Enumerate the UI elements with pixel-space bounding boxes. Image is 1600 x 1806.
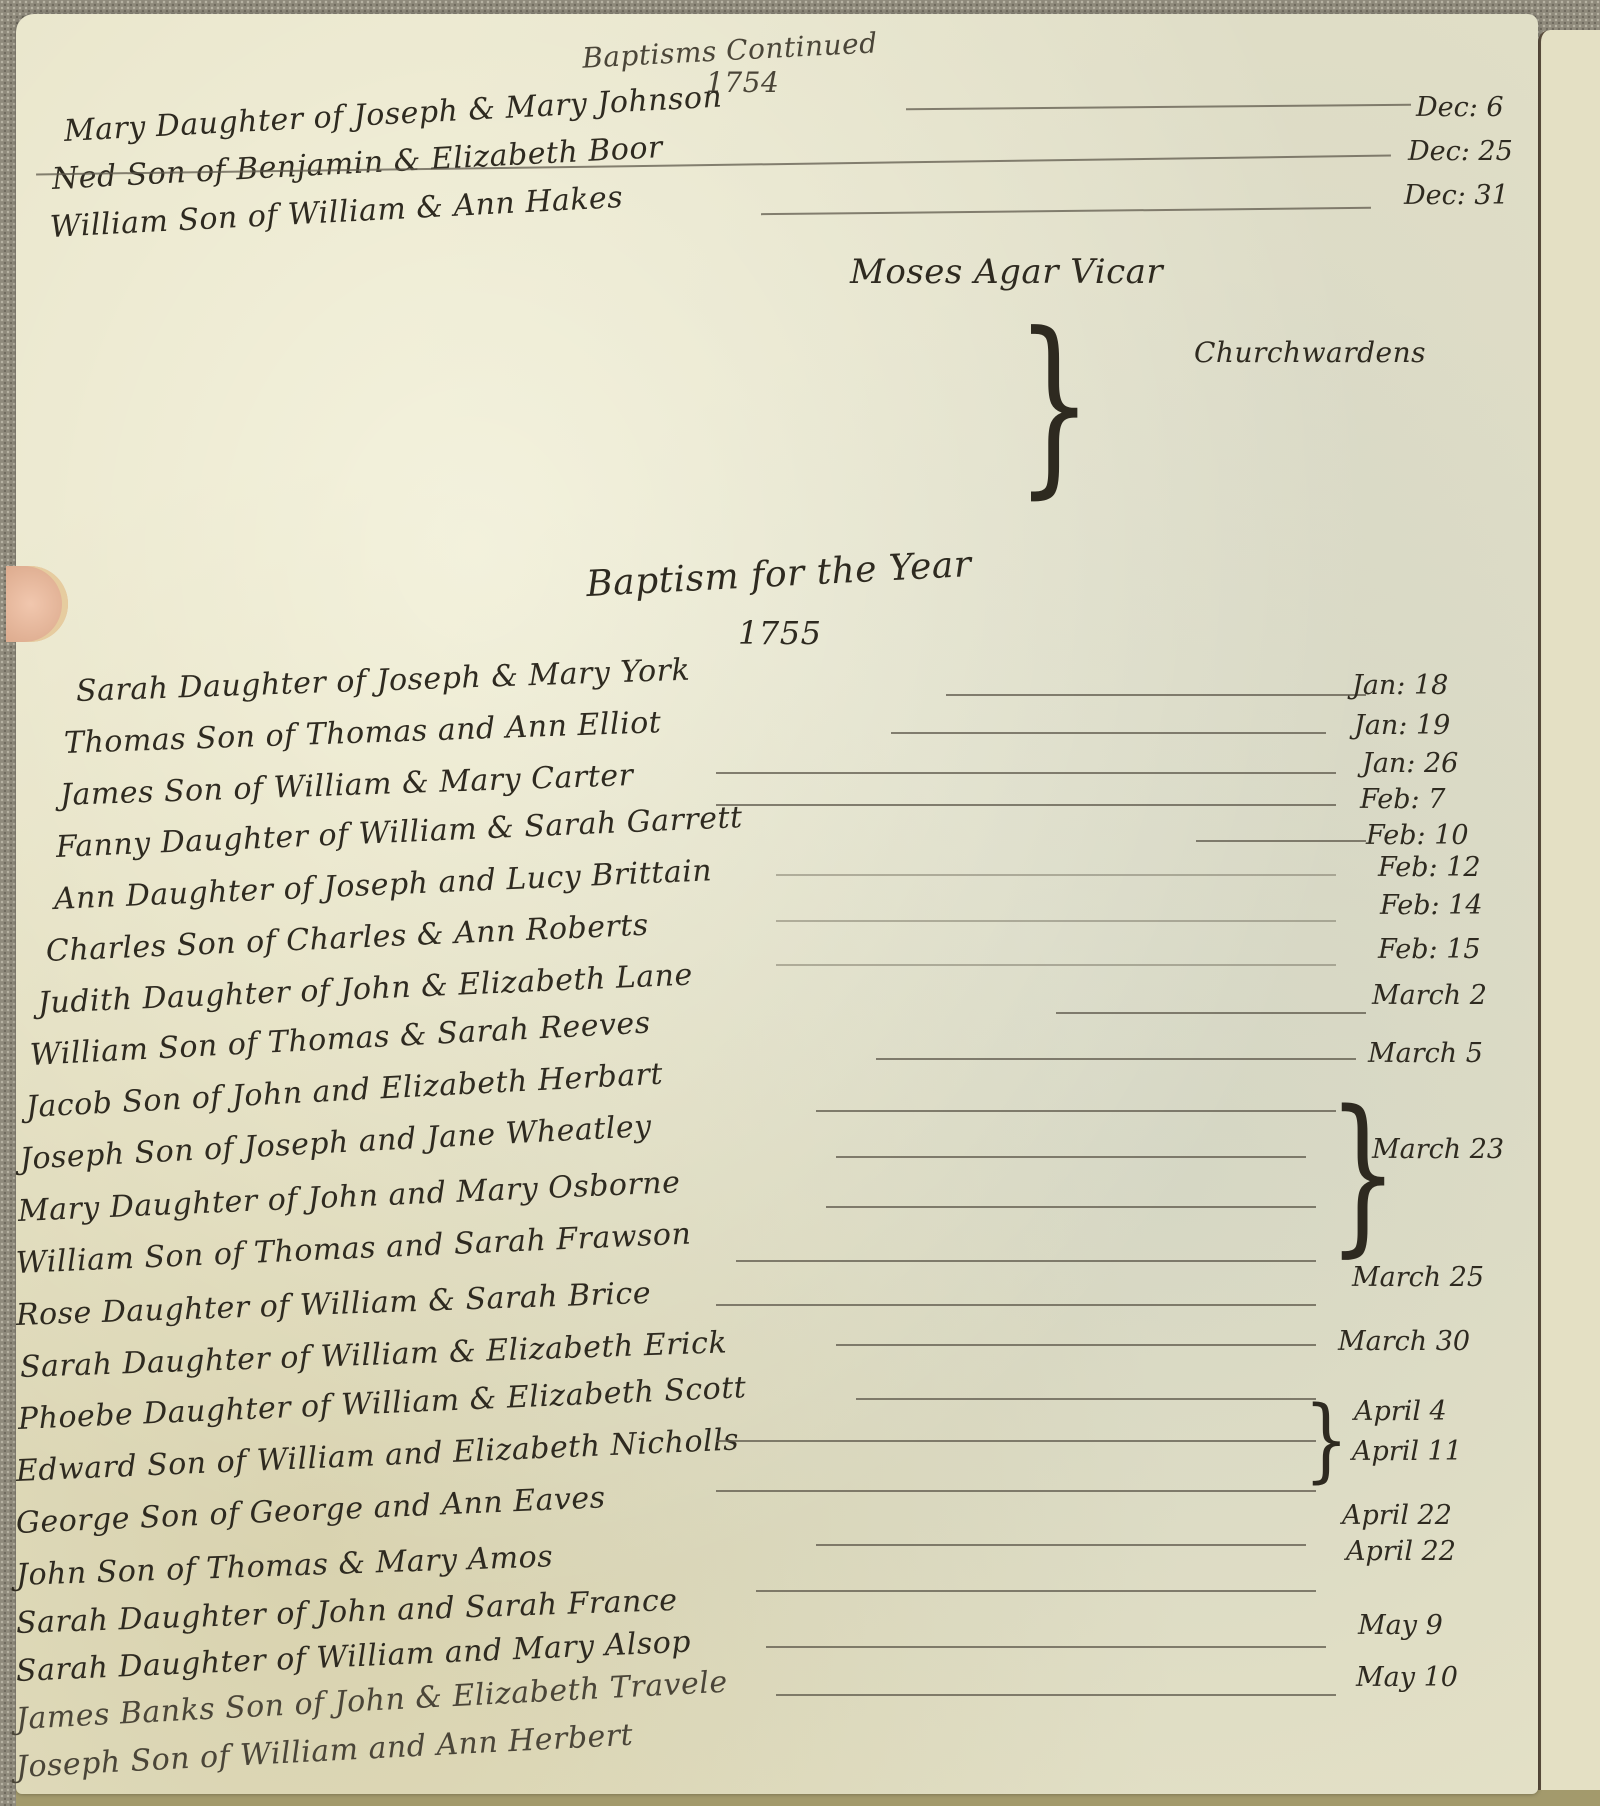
- date-1754-3: Dec: 31: [1404, 180, 1509, 211]
- ruled-line: [816, 1110, 1336, 1112]
- register-page: Baptisms Continued 1754 Mary Daughter of…: [16, 14, 1538, 1794]
- ruled-line: [776, 1694, 1336, 1696]
- brace-icon: }: [1328, 1074, 1398, 1272]
- brace-icon: }: [1016, 294, 1092, 516]
- date-1755: April 22: [1346, 1536, 1456, 1567]
- ruled-line: [756, 1590, 1316, 1592]
- date-1755: May 10: [1356, 1662, 1458, 1693]
- ruled-line: [826, 1206, 1316, 1208]
- date-1754-2: Dec: 25: [1408, 136, 1513, 167]
- date-1755: Feb: 15: [1378, 934, 1481, 965]
- date-1755: Jan: 19: [1354, 710, 1450, 741]
- date-1755: Feb: 12: [1378, 852, 1481, 883]
- ruled-line: [776, 920, 1336, 922]
- ruled-line: [891, 732, 1326, 734]
- entry-row: Edward Son of William and Elizabeth Nich…: [15, 1422, 740, 1489]
- date-1755: Feb: 14: [1380, 890, 1483, 921]
- ruled-line: [776, 874, 1336, 876]
- ruled-line: [716, 1440, 1316, 1442]
- date-1755: March 5: [1368, 1038, 1483, 1069]
- date-1755: Jan: 18: [1352, 670, 1448, 701]
- ruled-line: [946, 694, 1366, 696]
- entry-row: George Son of George and Ann Eaves: [15, 1480, 606, 1541]
- entry-row: Charles Son of Charles & Ann Roberts: [45, 908, 649, 969]
- ruled-line: [716, 804, 1336, 806]
- ruled-line: [1056, 1012, 1366, 1014]
- entry-row: Mary Daughter of John and Mary Osborne: [17, 1165, 681, 1229]
- ruled-line: [776, 964, 1336, 966]
- entry-row: Fanny Daughter of William & Sarah Garret…: [55, 800, 743, 865]
- date-1755: May 9: [1358, 1610, 1443, 1641]
- year-1755: 1755: [738, 614, 821, 652]
- section-title-1755: Baptism for the Year: [585, 544, 972, 605]
- date-1755: April 11: [1352, 1436, 1462, 1467]
- entry-row: Thomas Son of Thomas and Ann Elliot: [63, 705, 661, 761]
- ruled-line: [1196, 840, 1366, 842]
- ruled-line: [716, 772, 1336, 774]
- churchwardens-label: Churchwardens: [1194, 336, 1426, 369]
- ruled-line: [716, 1304, 1316, 1306]
- entry-row: John Son of Thomas & Mary Amos: [15, 1539, 553, 1593]
- date-1755: April 4: [1354, 1396, 1447, 1427]
- ruled-line: [716, 1490, 1316, 1492]
- ruled-line: [876, 1058, 1356, 1060]
- date-1755: March 2: [1372, 980, 1487, 1011]
- date-1755: March 25: [1352, 1262, 1484, 1293]
- adjacent-page-edge: [1538, 30, 1600, 1806]
- ruled-line: [816, 1544, 1306, 1546]
- entry-row: Ann Daughter of Joseph and Lucy Brittain: [53, 853, 713, 917]
- date-1755: Feb: 10: [1366, 820, 1469, 851]
- ruled-line: [906, 104, 1411, 110]
- ruled-line: [856, 1398, 1316, 1400]
- entry-row: Rose Daughter of William & Sarah Brice: [15, 1276, 651, 1333]
- brace-icon: }: [1304, 1386, 1349, 1493]
- thumb-holding-page: [6, 566, 68, 642]
- entry-row: Sarah Daughter of Joseph & Mary York: [75, 653, 690, 709]
- date-1755: March 23: [1372, 1134, 1504, 1165]
- date-1754-1: Dec: 6: [1416, 92, 1504, 123]
- date-1755: April 22: [1342, 1500, 1452, 1531]
- vicar-signature: Moses Agar Vicar: [850, 252, 1163, 292]
- entry-row: James Son of William & Mary Carter: [59, 758, 634, 813]
- ruled-line: [736, 1260, 1316, 1262]
- date-1755: March 30: [1338, 1326, 1470, 1357]
- entry-row: William Son of Thomas and Sarah Frawson: [15, 1217, 692, 1281]
- ruled-line: [836, 1344, 1316, 1346]
- date-1755: Jan: 26: [1362, 748, 1458, 779]
- date-1755: Feb: 7: [1360, 784, 1445, 815]
- ruled-line: [766, 1646, 1326, 1648]
- ruled-line: [836, 1156, 1306, 1158]
- ruled-line: [761, 207, 1371, 215]
